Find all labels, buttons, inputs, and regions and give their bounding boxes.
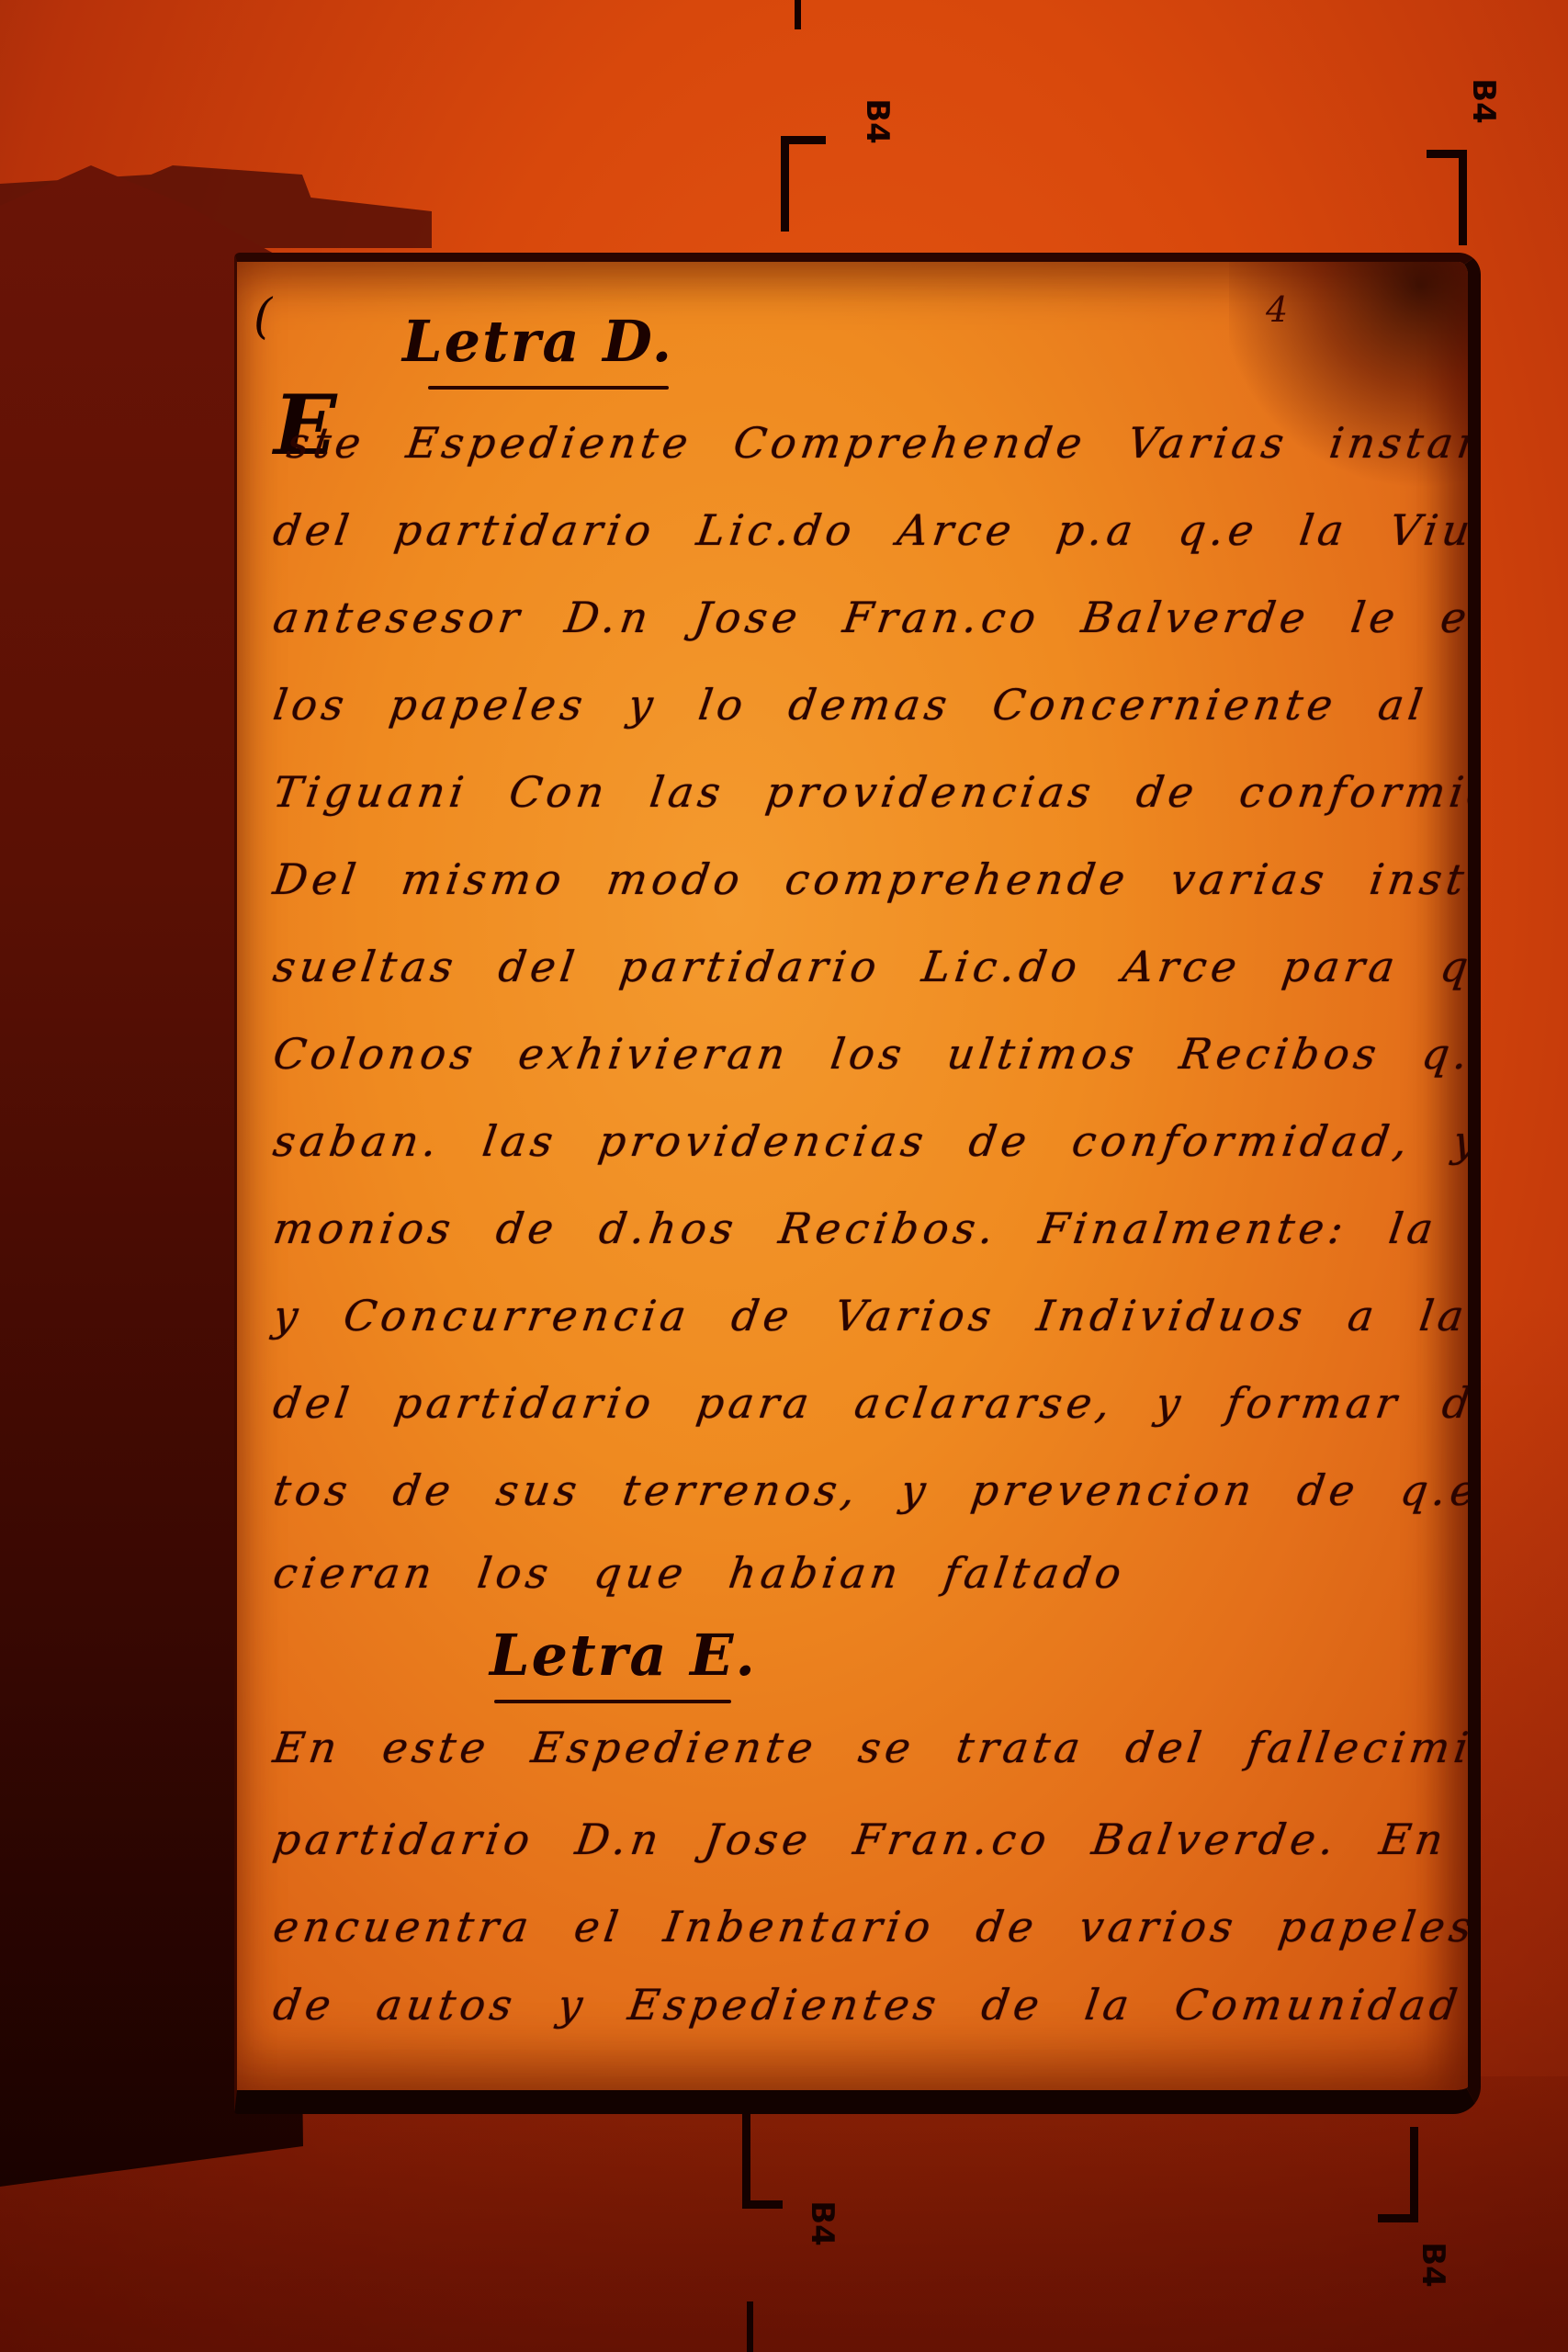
- text-line: ste Espediente Comprehende Varias instan…: [284, 418, 1481, 468]
- heading-underline: [428, 386, 669, 390]
- text-line: tos de sus terrenos, y prevencion de q.e…: [270, 1465, 1481, 1515]
- crop-label-bottom-left: B4: [804, 2200, 840, 2246]
- text-line: Del mismo modo comprehende varias instan…: [270, 854, 1481, 904]
- text-line: antesesor D.n Jose Fran.co Balverde le e…: [270, 593, 1481, 642]
- crop-label-top-right: B4: [1465, 78, 1502, 124]
- text-line: saban. las providencias de conformidad, …: [270, 1116, 1481, 1166]
- crop-mark-bottom-right: [1378, 2127, 1418, 2222]
- section-heading-e: Letra E.: [490, 1622, 757, 1689]
- text-line: Colonos exhivieran los ultimos Recibos q…: [270, 1029, 1481, 1079]
- manuscript-page: ( 4 Letra D. E ste Espediente Comprehend…: [234, 253, 1481, 2114]
- text-line: sueltas del partidario Lic.do Arce para …: [270, 942, 1481, 991]
- heading-underline: [494, 1700, 731, 1703]
- text-line: partidario D.n Jose Fran.co Balverde. En…: [270, 1815, 1481, 1864]
- registration-line-top: [795, 0, 801, 29]
- manuscript-text: Letra D. E ste Espediente Comprehende Va…: [274, 262, 1431, 2090]
- crop-mark-bottom-left: [742, 2109, 783, 2209]
- text-line: del partidario para aclararse, y formar …: [270, 1378, 1481, 1428]
- text-line: En este Espediente se trata del fallecim…: [270, 1723, 1481, 1772]
- text-line: los papeles y lo demas Concerniente al C…: [270, 680, 1481, 729]
- crop-mark-top-left: [781, 136, 826, 232]
- text-line: Tiguani Con las providencias de conformi…: [270, 767, 1481, 817]
- text-line: monios de d.hos Recibos. Finalmente: la …: [270, 1204, 1481, 1253]
- crop-label-bottom-right: B4: [1415, 2242, 1451, 2288]
- text-line: de autos y Espedientes de la Comunidad d…: [270, 1980, 1481, 2030]
- section-heading-d: Letra D.: [402, 308, 673, 375]
- text-line: del partidario Lic.do Arce p.a q.e la Vi…: [270, 505, 1481, 555]
- crop-mark-top-right: [1427, 150, 1467, 245]
- text-line: encuentra el Inbentario de varios papele…: [270, 1902, 1481, 1951]
- text-line: y Concurrencia de Varios Individuos a la…: [270, 1291, 1481, 1340]
- registration-line-bottom: [747, 2301, 753, 2352]
- margin-mark: (: [254, 289, 272, 345]
- crop-label-top-left: B4: [859, 98, 896, 144]
- text-line: cieran los que habian faltado: [270, 1548, 1129, 1598]
